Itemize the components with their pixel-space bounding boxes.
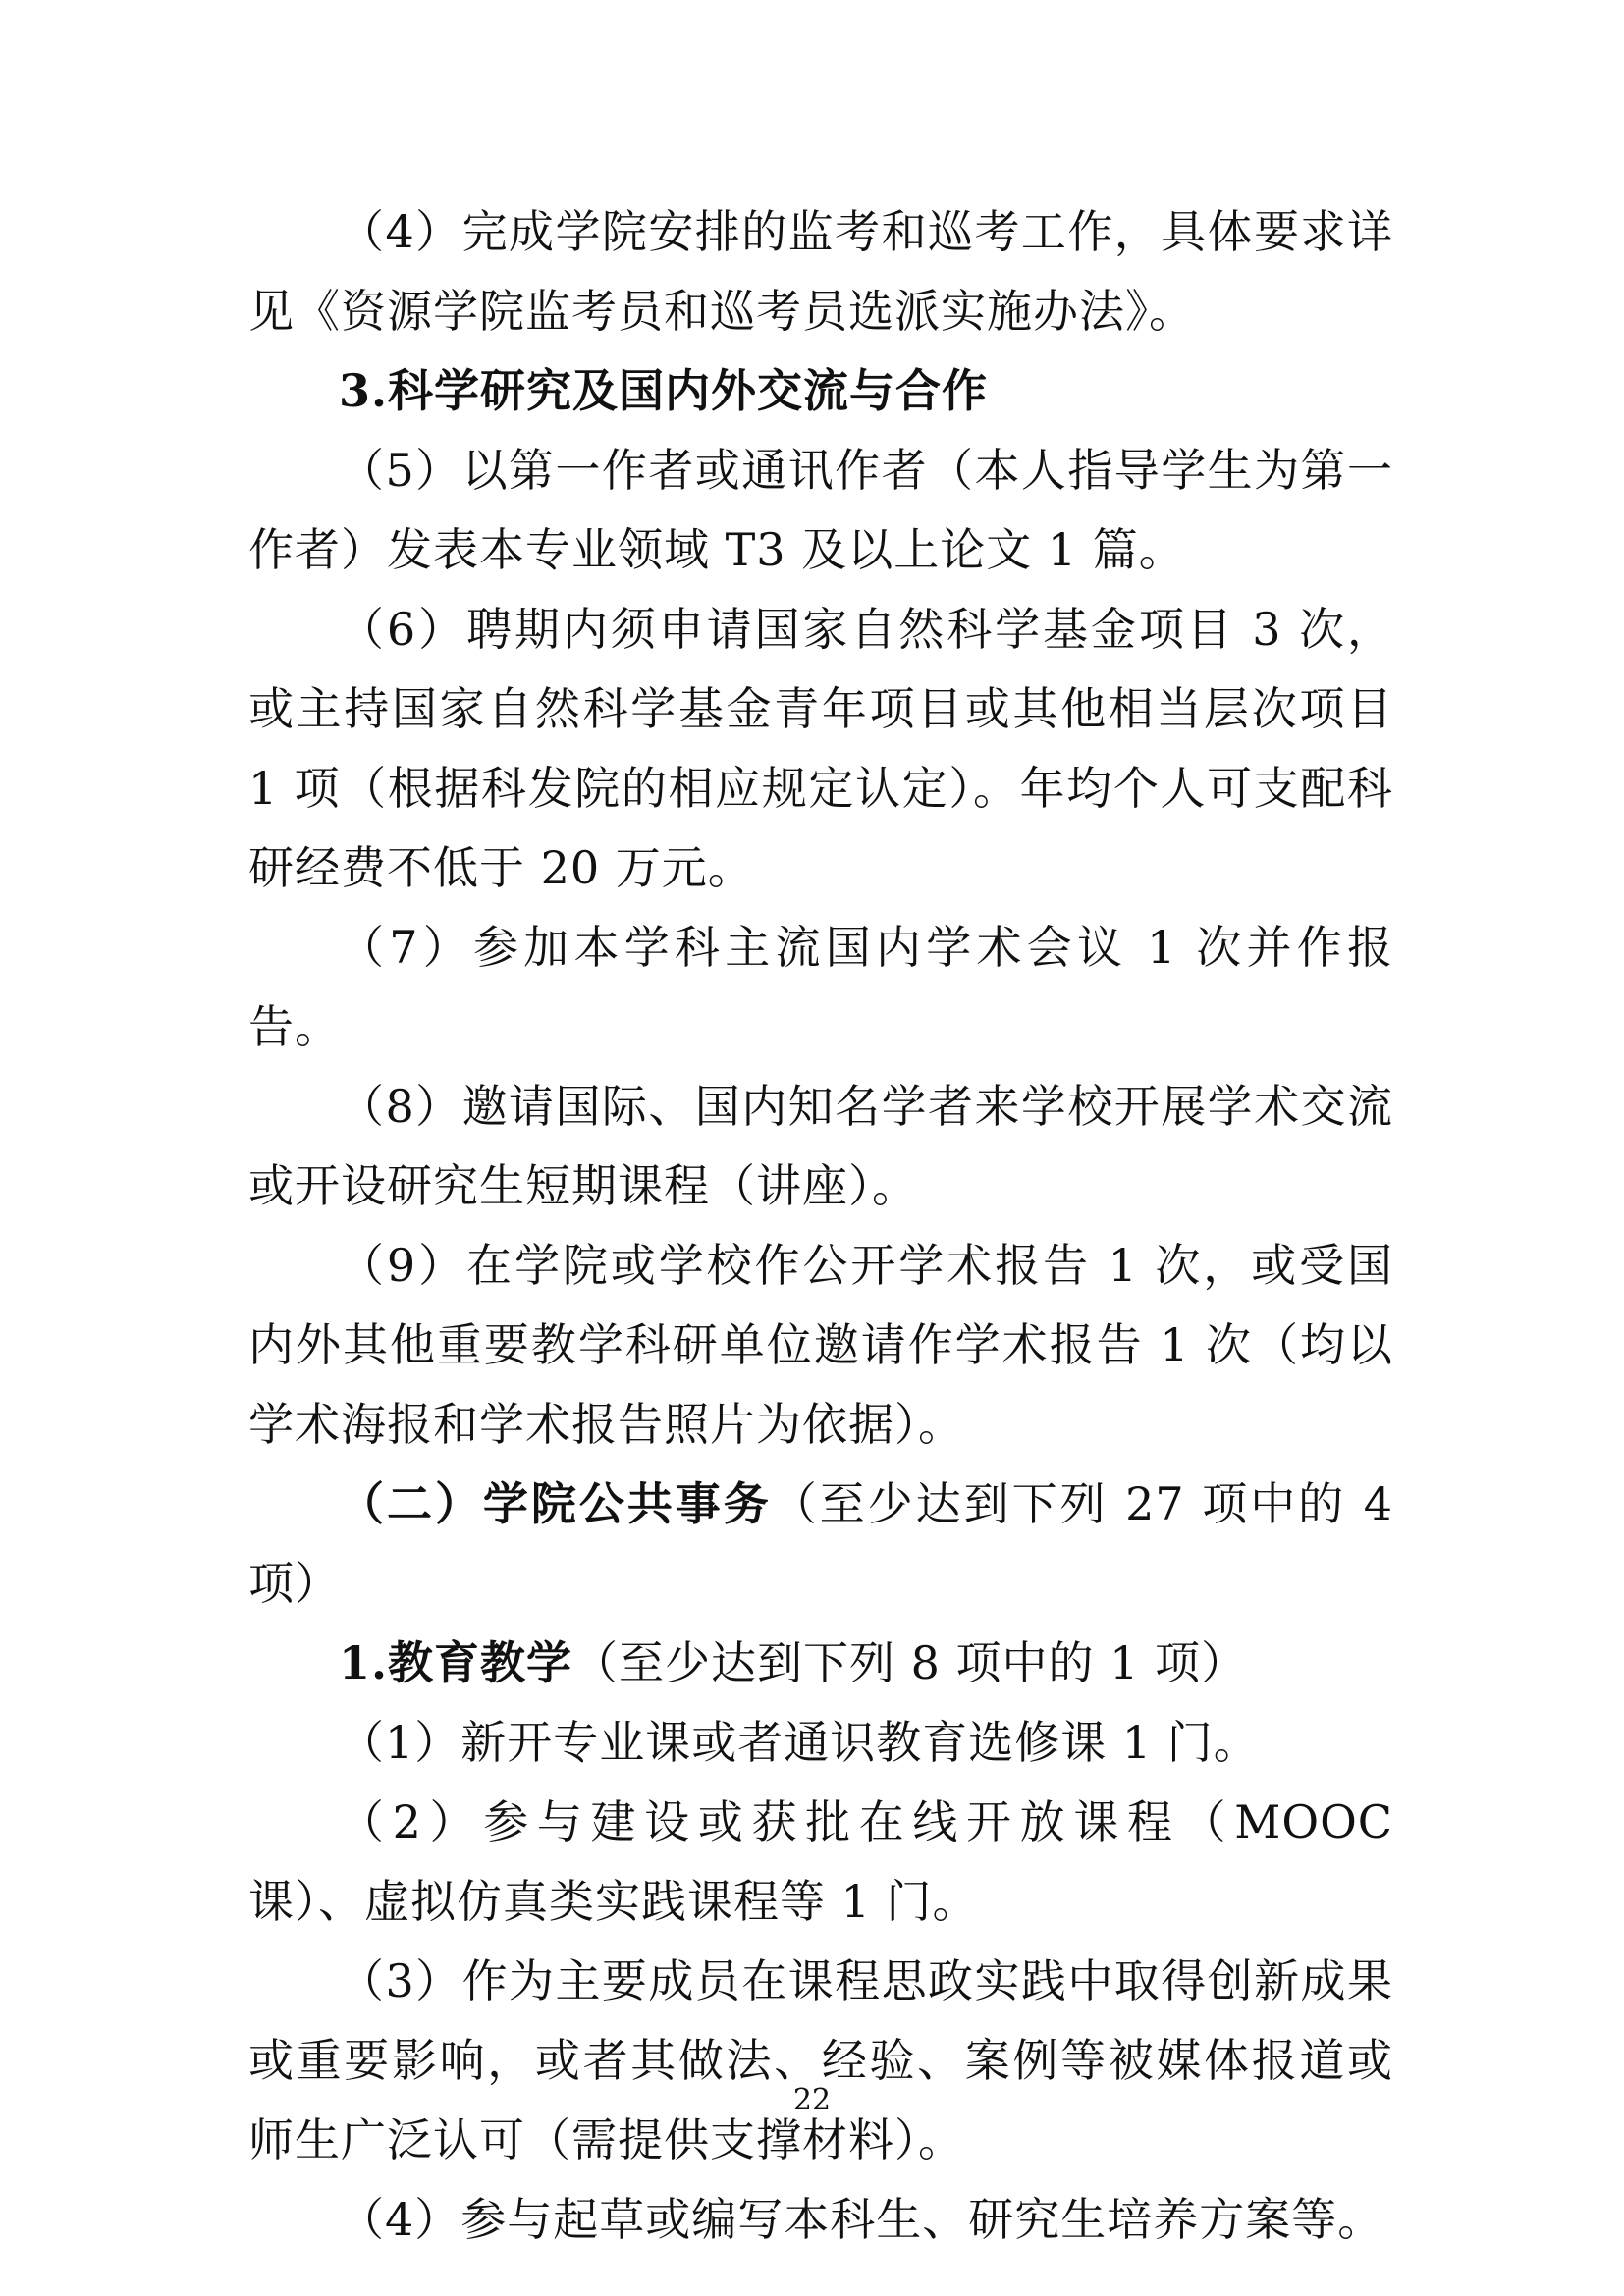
heading-education-teaching: 1.教育教学（至少达到下列 8 项中的 1 项） <box>248 1624 1393 1703</box>
paragraph-training-plan: （4）参与起草或编写本科生、研究生培养方案等。 <box>248 2180 1393 2260</box>
paragraph-new-course: （1）新开专业课或者通识教育选修课 1 门。 <box>248 1703 1393 1783</box>
paragraph-invigilation-duty: （4）完成学院安排的监考和巡考工作，具体要求详见《资源学院监考员和巡考员选派实施… <box>248 192 1393 351</box>
heading-bold-text: 3.科学研究及国内外交流与合作 <box>339 364 988 417</box>
paragraph-mooc-course: （2）参与建设或获批在线开放课程（MOOC 课）、虚拟仿真类实践课程等 1 门。 <box>248 1783 1393 1942</box>
paragraph-public-academic-report: （9）在学院或学校作公开学术报告 1 次，或受国内外其他重要教学科研单位邀请作学… <box>248 1226 1393 1465</box>
paragraph-nsfc-application: （6）聘期内须申请国家自然科学基金项目 3 次，或主持国家自然科学基金青年项目或… <box>248 590 1393 908</box>
paragraph-first-author-paper: （5）以第一作者或通讯作者（本人指导学生为第一作者）发表本专业领域 T3 及以上… <box>248 431 1393 590</box>
paragraph-conference-report: （7）参加本学科主流国内学术会议 1 次并作报告。 <box>248 908 1393 1067</box>
heading-rest-text: （至少达到下列 8 项中的 1 项） <box>572 1636 1247 1689</box>
paragraph-invite-scholars: （8）邀请国际、国内知名学者来学校开展学术交流或开设研究生短期课程（讲座）。 <box>248 1067 1393 1226</box>
heading-bold-text: 1.教育教学 <box>339 1636 572 1689</box>
document-page: （4）完成学院安排的监考和巡考工作，具体要求详见《资源学院监考员和巡考员选派实施… <box>0 0 1624 2296</box>
heading-scientific-research: 3.科学研究及国内外交流与合作 <box>248 351 1393 431</box>
document-text-block: （4）完成学院安排的监考和巡考工作，具体要求详见《资源学院监考员和巡考员选派实施… <box>248 192 1393 2260</box>
page-number: 22 <box>0 2083 1624 2118</box>
paragraph-ideological-innovation: （3）作为主要成员在课程思政实践中取得创新成果或重要影响，或者其做法、经验、案例… <box>248 1942 1393 2180</box>
heading-college-public-affairs: （二）学院公共事务（至少达到下列 27 项中的 4 项） <box>248 1465 1393 1624</box>
heading-bold-text: （二）学院公共事务 <box>339 1477 772 1530</box>
